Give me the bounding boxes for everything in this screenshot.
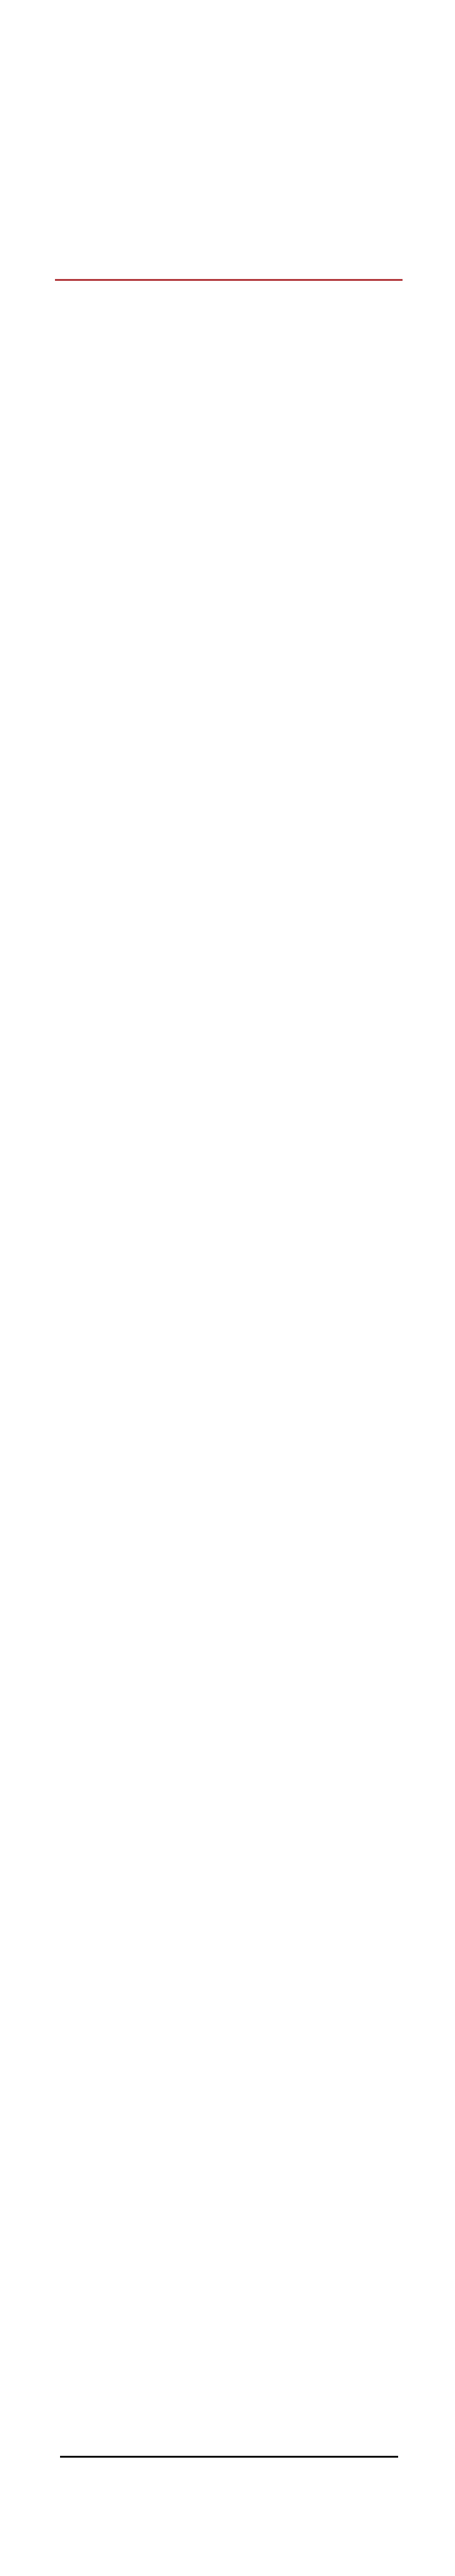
red-separator-line <box>55 279 403 281</box>
cc-top-rule <box>60 2456 398 2458</box>
